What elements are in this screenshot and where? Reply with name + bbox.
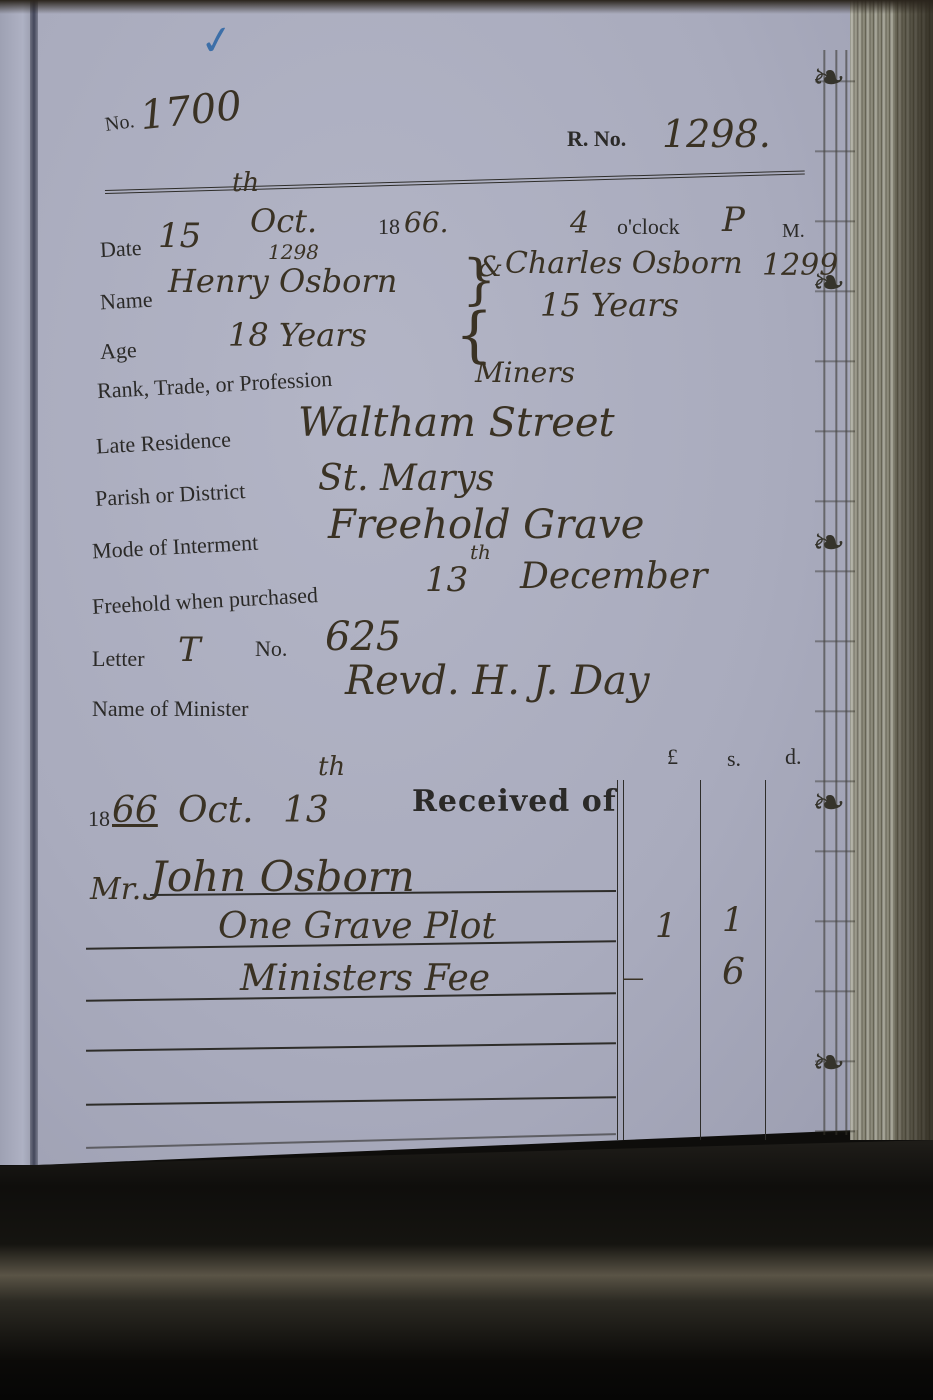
receipt-day: 13 <box>283 790 329 831</box>
parish-value: St. Marys <box>318 458 494 499</box>
date-year-prefix: 18 <box>378 214 400 240</box>
payer-prefix: Mr. <box>90 872 141 907</box>
pounds-shillings-divider <box>700 780 701 1140</box>
date-label: Date <box>99 235 142 263</box>
ornamental-border <box>815 50 855 1135</box>
receipt-day-suffix: th <box>318 752 345 782</box>
ornament-scroll-icon: ❧ <box>812 780 846 826</box>
freehold-month: December <box>520 556 707 597</box>
page-stack-shadow <box>895 0 933 1140</box>
register-no-value: 1298. <box>662 112 771 156</box>
book-cover <box>0 1140 933 1400</box>
letter-no-value: 625 <box>325 614 401 660</box>
age-label: Age <box>99 337 137 365</box>
date-year: 66. <box>404 206 449 239</box>
column-pounds-header: £ <box>667 744 678 770</box>
line-item-1-desc: One Grave Plot <box>218 906 496 947</box>
ampm-label: M. <box>782 220 805 243</box>
name-label: Name <box>99 287 153 316</box>
oclock-label: o'clock <box>617 214 680 240</box>
ornament-scroll-icon: ❧ <box>812 520 846 566</box>
minister-value: Revd. H. J. Day <box>345 658 650 704</box>
amount-column-divider <box>617 780 618 1140</box>
ornament-scroll-icon: ❧ <box>812 55 846 101</box>
name-joiner: & <box>478 250 503 283</box>
line-item-2-desc: Ministers Fee <box>240 958 490 999</box>
date-month: Oct. <box>250 202 317 240</box>
minister-label: Name of Minister <box>92 696 248 722</box>
shillings-pence-divider <box>765 780 766 1140</box>
residence-value: Waltham Street <box>298 400 615 446</box>
top-shadow <box>0 0 933 14</box>
line-item-1-shillings: 1 <box>722 900 744 940</box>
letter-label: Letter <box>92 646 145 672</box>
freehold-day-suffix: th <box>470 540 491 564</box>
name-2-value: Charles Osborn <box>505 246 743 281</box>
name-2-register-no: 1299 <box>762 248 838 283</box>
check-mark-icon: ✓ <box>197 16 237 66</box>
receipt-month: Oct. <box>178 790 254 831</box>
profession-value: Miners <box>475 356 575 389</box>
ornament-scroll-icon: ❧ <box>812 1040 846 1086</box>
date-hour: 4 <box>570 206 589 241</box>
freehold-day: 13 <box>425 560 468 600</box>
register-no-label: R. No. <box>567 126 626 152</box>
age-1-value: 18 Years <box>228 316 367 354</box>
date-day-suffix: th <box>232 168 259 198</box>
date-day: 15 <box>158 216 201 256</box>
letter-no-label: No. <box>255 636 287 662</box>
receipt-year-prefix: 18 <box>88 806 110 832</box>
column-pence-header: d. <box>785 744 802 770</box>
book-gutter <box>30 0 38 1165</box>
column-shillings-header: s. <box>727 746 741 772</box>
line-item-2-shillings: 6 <box>722 952 745 993</box>
name-1-value: Henry Osborn <box>168 262 397 300</box>
age-2-value: 15 Years <box>540 286 679 324</box>
receipt-year: 66 <box>112 790 158 831</box>
ampm-hand: P <box>722 200 745 240</box>
received-of-label: Received of <box>412 784 617 819</box>
letter-value: T <box>178 630 201 670</box>
line-item-1-pounds: 1 <box>655 906 677 946</box>
line-item-2-pounds: — <box>622 966 644 991</box>
entry-no-label: No. <box>104 110 136 137</box>
amount-column-divider <box>623 780 624 1140</box>
name-1-register-no: 1298 <box>268 240 319 264</box>
